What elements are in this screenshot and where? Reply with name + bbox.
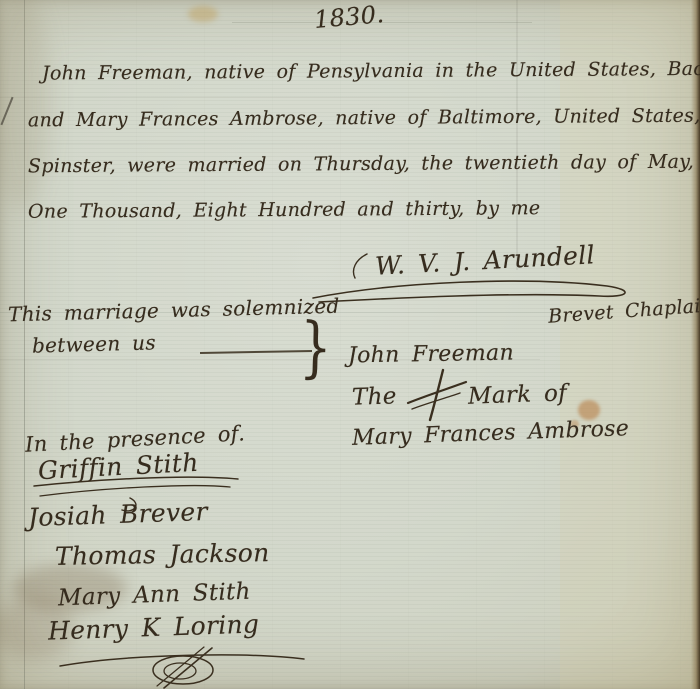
bride-x-mark-icon <box>406 366 468 424</box>
faint-rule <box>0 143 700 144</box>
pen-slash-mark <box>0 97 13 126</box>
year-heading: 1830. <box>313 0 385 34</box>
record-line-4: One Thousand, Eight Hundred and thirty, … <box>28 197 541 223</box>
witness-signature-thomas-jackson: Thomas Jackson <box>55 538 270 571</box>
marriage-record-page: 1830. John Freeman, native of Pensylvani… <box>0 0 700 689</box>
solemnized-line-2: between us <box>32 330 156 357</box>
witness-signature-josiah-brever: Josiah Brever <box>28 497 209 532</box>
margin-line <box>24 0 25 689</box>
page-fold-line <box>516 0 518 270</box>
record-line-1: John Freeman, native of Pensylvania in t… <box>42 57 700 84</box>
record-line-3: Spinster, were married on Thursday, the … <box>28 151 694 178</box>
stain <box>188 6 218 22</box>
record-line-2: and Mary Frances Ambrose, native of Balt… <box>28 105 700 132</box>
groom-signature: John Freeman <box>348 341 514 369</box>
page-edge <box>691 0 700 689</box>
faint-rule <box>0 97 700 98</box>
witness-signature-henry-k-loring: Henry K Loring <box>48 609 260 645</box>
loring-paraph-flourish <box>58 646 308 689</box>
witness-signature-mary-ann-stith: Mary Ann Stith <box>58 579 252 612</box>
curly-brace: } <box>299 308 333 386</box>
paper-tone-shift <box>560 0 700 689</box>
mark-suffix: Mark of <box>468 380 568 409</box>
bride-name: Mary Frances Ambrose <box>352 416 630 451</box>
mark-prefix: The <box>352 383 398 411</box>
solemnized-line-1: This marriage was solemnized <box>8 294 340 327</box>
separator-dash <box>200 350 312 354</box>
